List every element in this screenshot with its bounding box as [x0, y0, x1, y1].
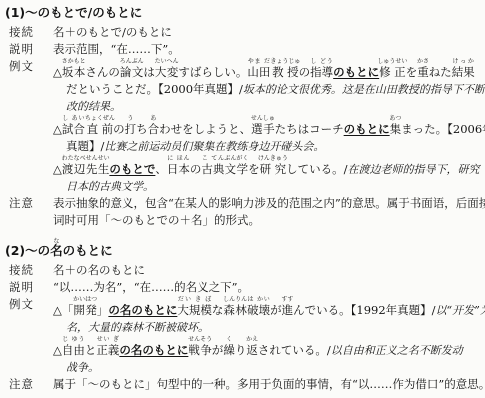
text-segment: している。/	[286, 162, 347, 176]
text-segment: △	[53, 162, 62, 176]
text-line: △試合し あい直前ちょくぜんの打うち合あわせをしようと、選手せんしゅたちはコーチ…	[53, 115, 481, 138]
text-segment: だということだ。【2000年真題】/	[66, 82, 243, 96]
text-segment: されている。/	[258, 343, 331, 357]
ruby-word: 戦争せんそう	[188, 343, 212, 357]
row-content: “以……为名”，“在……的名义之下”。	[53, 279, 481, 296]
grammar-pattern-highlight: のもとに	[333, 65, 379, 79]
entry-1-title: (1)～のもとで/のもとに	[5, 4, 481, 21]
text-segment: が	[212, 343, 224, 357]
text-segment: わせをしようと、	[159, 122, 251, 136]
entry-row-setsumei: 説明表示范围，“在……下”。	[5, 41, 481, 58]
grammar-entry-1: (1)～のもとで/のもとに 接続名＋のもとで/のもとに説明表示范围，“在……下”…	[5, 4, 481, 229]
text-segment: と	[85, 343, 97, 357]
text-segment: ねた	[429, 65, 452, 79]
ruby-word: 開発かいはつ	[73, 303, 97, 317]
ruby-word: 試合し あい	[62, 122, 85, 136]
grammar-pattern-highlight: のもとに	[344, 122, 390, 136]
row-label-reibun: 例文	[5, 58, 53, 75]
entry-row-chui: 注意属于「～のもとに」句型中的一种。多用于负面的事情，有“以……作为借口”的意思…	[5, 376, 481, 393]
ruby-word: 論文ろんぶん	[120, 65, 144, 79]
text-segment: 表示抽象的意义，包含“在某人的影响力涉及的范围之内”的意思。属于书面语，后面接名	[53, 196, 485, 210]
text-line: △坂本さかもとさんの論文ろんぶんは大変たいへんすばらしい。山田やま だ教授きょう…	[53, 58, 481, 81]
row-content: 表示抽象的意义，包含“在某人的影响力涉及的范围之内”的意思。属于书面语，后面接名…	[53, 195, 481, 229]
row-content: 名＋の名のもとに	[53, 262, 481, 279]
text-line: “以……为名”，“在……的名义之下”。	[53, 279, 481, 296]
ruby-word: 繰く	[223, 343, 235, 357]
ruby-word: 渡辺わたなべ	[62, 162, 86, 176]
text-segment: 词时可用「～のもとでの＋名」的形式。	[53, 213, 260, 227]
text-line: 表示范围，“在……下”。	[53, 41, 481, 58]
chinese-translation: 比赛之前运动员们聚集在教练身边开碰头会。	[104, 140, 324, 153]
entry-2-rows: 接続名＋の名のもとに説明“以……为名”，“在……的名义之下”。例文△「開発かいは…	[5, 262, 481, 393]
text-line: 名＋のもとで/のもとに	[53, 24, 481, 41]
row-content: 名＋のもとで/のもとに	[53, 24, 481, 41]
ruby-word: 坂本さかもと	[62, 65, 86, 79]
ruby-word: 進すす	[282, 303, 294, 317]
chinese-translation: 在渡边老师的指导下，研究	[348, 163, 480, 176]
text-line: だということだ。【2000年真題】/坂本的论文很优秀。这是在山田教授的指导下不断…	[53, 81, 481, 98]
row-content: 属于「～のもとに」句型中的一种。多用于负面的事情，有“以……作为借口”的意思。	[53, 376, 481, 393]
text-segment: すばらしい。	[178, 65, 247, 79]
entry-row-reibun: 例文△「開発かいはつ」の名のもとに大規模だい き ぼな森林しんりん破壊は かいが…	[5, 296, 481, 376]
text-segment: の	[190, 162, 202, 176]
text-line: 战争。	[53, 359, 481, 376]
chinese-translation: 以自由和正义之名不断发动	[331, 344, 463, 357]
ruby-word: 大規模だい き ぼ	[177, 303, 212, 317]
ruby-word: 文学ぶんがく	[224, 162, 248, 176]
text-segment: な	[212, 303, 224, 317]
row-label-chui: 注意	[5, 195, 53, 212]
row-label-setsumei: 説明	[5, 279, 53, 296]
text-segment: のもとに	[63, 243, 113, 258]
row-label-setsuzoku: 接続	[5, 24, 53, 41]
text-segment: “以……为名”，“在……的名义之下”。	[53, 280, 249, 294]
text-line: 词时可用「～のもとでの＋名」的形式。	[53, 212, 481, 229]
ruby-word: 教授きょうじゅ	[270, 65, 298, 79]
text-segment: △	[53, 65, 62, 79]
text-segment: が	[270, 303, 282, 317]
row-label-chui: 注意	[5, 376, 53, 393]
ruby-word: 日本に ほん	[167, 162, 190, 176]
ruby-word: 自由じ ゆう	[62, 343, 85, 357]
entry-1-rows: 接続名＋のもとで/のもとに説明表示范围，“在……下”。例文△坂本さかもとさんの論…	[5, 24, 481, 229]
entry-row-reibun: 例文△坂本さかもとさんの論文ろんぶんは大変たいへんすばらしい。山田やま だ教授き…	[5, 58, 481, 195]
text-line: 名＋の名のもとに	[53, 262, 481, 279]
ruby-word: 打う	[125, 122, 137, 136]
text-segment: △「	[53, 303, 73, 317]
text-line: 表示抽象的意义，包含“在某人的影响力涉及的范围之内”的意思。属于书面语，后面接名	[53, 195, 481, 212]
ruby-word: 集あつ	[390, 122, 402, 136]
text-segment: の	[113, 122, 125, 136]
ruby-word: 合あ	[148, 122, 160, 136]
row-label-setsumei: 説明	[5, 41, 53, 58]
entry-row-chui: 注意表示抽象的意义，包含“在某人的影响力涉及的范围之内”的意思。属于书面语，后面…	[5, 195, 481, 229]
entry-row-setsumei: 説明“以……为名”，“在……的名义之下”。	[5, 279, 481, 296]
text-segment: まった。【2006年	[401, 122, 485, 136]
text-segment: んでいる。【1992年真題】/	[293, 303, 435, 317]
ruby-word: 直前ちょくぜん	[85, 122, 113, 136]
ruby-word: 古典こ てん	[201, 162, 224, 176]
text-segment: り	[235, 343, 247, 357]
ruby-word: 研究けんきゅう	[260, 162, 287, 176]
entry-row-setsuzoku: 接続名＋のもとで/のもとに	[5, 24, 481, 41]
chinese-translation: 坂本的论文很优秀。这是在山田教授的指导下不断修	[243, 83, 485, 96]
text-line: △「開発かいはつ」の名のもとに大規模だい き ぼな森林しんりん破壊は かいが進す…	[53, 296, 481, 319]
chinese-translation: 改的结果。	[66, 100, 121, 113]
ruby-word: 山田やま だ	[247, 65, 270, 79]
text-line: 日本的古典文学。	[53, 178, 481, 195]
chinese-translation: 战争。	[66, 361, 99, 374]
chinese-translation: 以“开发”为	[436, 304, 485, 317]
entry-row-setsuzoku: 接続名＋の名のもとに	[5, 262, 481, 279]
text-segment: 名＋の名のもとに	[53, 263, 145, 277]
ruby-word: 結果けっか	[452, 65, 475, 79]
text-line: △渡辺わたなべ先生せんせいのもとで、日本に ほんの古典こ てん文学ぶんがくを研究…	[53, 155, 481, 178]
row-content: 表示范围，“在……下”。	[53, 41, 481, 58]
ruby-word: 返かえ	[246, 343, 258, 357]
text-segment: 真題】/	[66, 139, 104, 153]
text-segment: △	[53, 343, 62, 357]
grammar-pattern-highlight: の名のもとに	[119, 343, 188, 357]
text-segment: △	[53, 122, 62, 136]
chinese-translation: 名，大量的森林不断被破坏。	[66, 321, 209, 334]
grammar-entry-2: (2)～の名なのもとに 接続名＋の名のもとに説明“以……为名”，“在……的名义之…	[5, 238, 481, 393]
ruby-word: 選手せんしゅ	[251, 122, 275, 136]
row-label-setsuzoku: 接続	[5, 262, 53, 279]
row-content: △「開発かいはつ」の名のもとに大規模だい き ぼな森林しんりん破壊は かいが進す…	[53, 296, 481, 376]
text-line: 真題】/比赛之前运动员们聚集在教练身边开碰头会。	[53, 138, 481, 155]
text-segment: 表示范围，“在……下”。	[53, 42, 180, 56]
grammar-pattern-highlight: のもとで	[109, 162, 155, 176]
ruby-word: 修正しゅうせい	[379, 65, 406, 79]
text-segment: 、	[155, 162, 167, 176]
text-segment: (2)～の	[5, 243, 50, 258]
ruby-word: 先生せんせい	[86, 162, 110, 176]
ruby-word: 正義せい ぎ	[96, 343, 119, 357]
text-segment: の	[299, 65, 311, 79]
text-segment: (1)～のもとで/のもとに	[5, 5, 142, 20]
ruby-word: 指導し どう	[310, 65, 333, 79]
text-segment: 」	[97, 303, 109, 317]
ruby-word: 名な	[50, 243, 63, 258]
text-line: △自由じ ゆうと正義せい ぎの名のもとに戦争せんそうが繰くり返かえされている。/…	[53, 336, 481, 359]
row-content: △坂本さかもとさんの論文ろんぶんは大変たいへんすばらしい。山田やま だ教授きょう…	[53, 58, 481, 195]
ruby-word: 森林しんりん	[223, 303, 247, 317]
text-segment: を	[406, 65, 418, 79]
entry-2-title: (2)～の名なのもとに	[5, 238, 481, 259]
chinese-translation: 日本的古典文学。	[66, 180, 154, 193]
text-line: 名，大量的森林不断被破坏。	[53, 319, 481, 336]
text-segment: たちはコーチ	[275, 122, 344, 136]
text-segment: さんの	[85, 65, 120, 79]
ruby-word: 破壊は かい	[247, 303, 270, 317]
text-line: 属于「～のもとに」句型中的一种。多用于负面的事情，有“以……作为借口”的意思。	[53, 376, 481, 393]
text-line: 改的结果。	[53, 98, 481, 115]
grammar-pattern-highlight: の名のもとに	[108, 303, 177, 317]
text-segment: ち	[136, 122, 148, 136]
ruby-word: 大変たいへん	[155, 65, 179, 79]
text-segment: 属于「～のもとに」句型中的一种。多用于负面的事情，有“以……作为借口”的意思。	[53, 377, 485, 391]
ruby-word: 重かさ	[417, 65, 429, 79]
row-label-reibun: 例文	[5, 296, 53, 313]
text-segment: 名＋のもとで/のもとに	[53, 25, 172, 39]
text-segment: は	[143, 65, 155, 79]
grammar-textbook-page: (1)～のもとで/のもとに 接続名＋のもとで/のもとに説明表示范围，“在……下”…	[0, 0, 485, 393]
